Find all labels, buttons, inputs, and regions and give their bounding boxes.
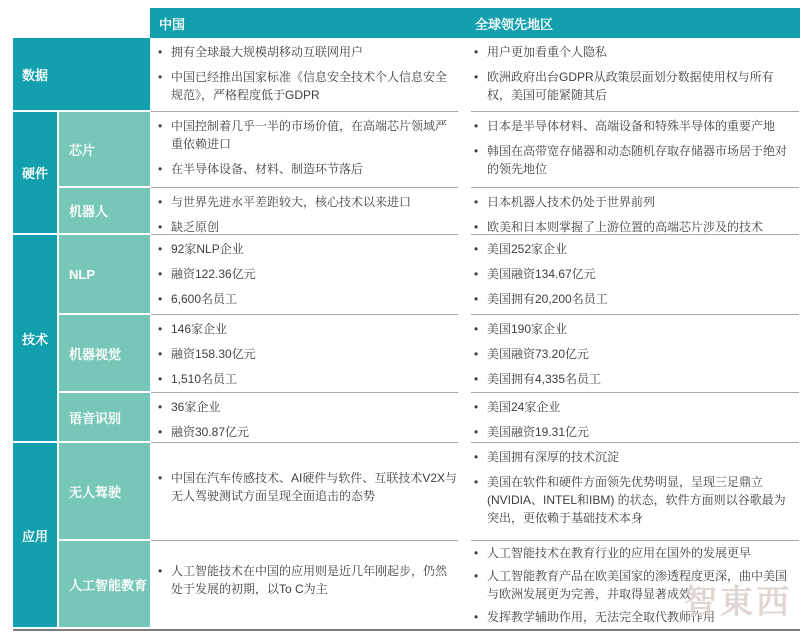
- list-item: •拥有全球最大规模胡移动互联网用户: [158, 43, 458, 61]
- column-header-global: 全球领先地区: [466, 8, 800, 38]
- list-item-text: 美国融资19.31亿元: [487, 423, 792, 441]
- bullet-icon: •: [474, 320, 487, 338]
- table-bottom-border: [13, 629, 800, 631]
- list-item: •美国在软件和硬件方面领先优势明显，呈现三足鼎立(NVIDIA、INTEL和IB…: [474, 473, 792, 527]
- list-item-text: 融资158.30亿元: [171, 345, 458, 363]
- content-cell-edu-global: •人工智能技术在教育行业的应用在国外的发展更早•人工智能教育产品在欧美国家的渗透…: [466, 541, 800, 629]
- list-item-text: 中国控制着几乎一半的市场价值，在高端芯片领域严重依赖进口: [171, 117, 458, 153]
- list-item: •韩国在高带宽存储器和动态随机存取存储器市场居于绝对的领先地位: [474, 142, 792, 178]
- subcategory-label-nlp: NLP: [69, 267, 95, 282]
- bullet-icon: •: [474, 117, 487, 135]
- comparison-table: 中国 全球领先地区 数据 硬件 技术 应用 芯片 机器人 NLP 机器视觉: [13, 8, 800, 629]
- list-item: •人工智能技术在中国的应用则是近几年刚起步，仍然处于发展的初期，以To C为主: [158, 562, 458, 598]
- category-cell-hardware: 硬件: [13, 112, 57, 235]
- list-item-text: 用户更加看重个人隐私: [487, 43, 792, 61]
- list-item-text: 缺乏原创: [171, 218, 458, 236]
- category-label-tech: 技术: [22, 329, 48, 348]
- bullet-icon: •: [158, 193, 171, 211]
- list-item: •美国融资19.31亿元: [474, 423, 792, 441]
- bullet-icon: •: [158, 345, 171, 363]
- bullet-icon: •: [158, 320, 171, 338]
- list-item-text: 发挥教学辅助作用，无法完全取代教师作用: [487, 608, 792, 626]
- bullet-icon: •: [474, 142, 487, 178]
- subcategory-label-speech: 语音识别: [69, 408, 121, 427]
- bullet-icon: •: [474, 370, 487, 388]
- content-cell-driving-global: •美国拥有深厚的技术沉淀•美国在软件和硬件方面领先优势明显，呈现三足鼎立(NVI…: [466, 443, 800, 541]
- subcategory-label-vision: 机器视觉: [69, 344, 121, 363]
- list-item: •人工智能教育产品在欧美国家的渗透程度更深，曲中美国与欧洲发展更为完善，并取得显…: [474, 567, 792, 603]
- bullet-icon: •: [474, 608, 487, 626]
- bullet-icon: •: [474, 345, 487, 363]
- bullet-icon: •: [158, 117, 171, 153]
- category-cell-data: 数据: [13, 38, 150, 112]
- list-item: •在半导体设备、材料、制造环节落后: [158, 160, 458, 178]
- bullet-icon: •: [158, 240, 171, 258]
- category-label-app: 应用: [22, 526, 48, 545]
- bullet-icon: •: [158, 469, 171, 505]
- list-item-text: 1,510名员工: [171, 370, 458, 388]
- list-item: •中国已经推出国家标准《信息安全技术个人信息安全规范》，严格程度低于GDPR: [158, 68, 458, 104]
- list-item: •美国融资134.67亿元: [474, 265, 792, 283]
- bullet-icon: •: [158, 290, 171, 308]
- list-item-text: 韩国在高带宽存储器和动态随机存取存储器市场居于绝对的领先地位: [487, 142, 792, 178]
- bullet-icon: •: [474, 218, 487, 236]
- content-cell-speech-global: •美国24家企业•美国融资19.31亿元: [466, 393, 800, 443]
- content-cell-chip-global: •日本是半导体材料、高端设备和特殊半导体的重要产地•韩国在高带宽存储器和动态随机…: [466, 112, 800, 188]
- bullet-icon: •: [474, 240, 487, 258]
- content-cell-vision-china: •146家企业•融资158.30亿元•1,510名员工: [150, 315, 466, 393]
- list-item-text: 美国190家企业: [487, 320, 792, 338]
- list-item: •融资158.30亿元: [158, 345, 458, 363]
- content-cell-data-global: •用户更加看重个人隐私•欧洲政府出台GDPR从政策层面划分数据使用权与所有权，美…: [466, 38, 800, 112]
- list-item: •美国24家企业: [474, 398, 792, 416]
- subcategory-cell-edu: 人工智能教育: [57, 541, 150, 629]
- bullet-icon: •: [474, 423, 487, 441]
- subcategory-label-edu: 人工智能教育: [69, 575, 147, 594]
- subcategory-cell-nlp: NLP: [57, 235, 150, 315]
- list-item-text: 人工智能技术在教育行业的应用在国外的发展更早: [487, 544, 792, 562]
- column-header-china: 中国: [150, 8, 466, 38]
- list-item: •中国在汽车传感技术、AI硬件与软件、互联技术V2X与无人驾驶测试方面呈现全面追…: [158, 469, 458, 505]
- category-label-hardware: 硬件: [22, 163, 48, 182]
- bullet-icon: •: [474, 544, 487, 562]
- list-item-text: 在半导体设备、材料、制造环节落后: [171, 160, 458, 178]
- list-item-text: 36家企业: [171, 398, 458, 416]
- bullet-icon: •: [158, 562, 171, 598]
- bullet-icon: •: [474, 398, 487, 416]
- list-item: •6,600名员工: [158, 290, 458, 308]
- bullet-icon: •: [158, 43, 171, 61]
- list-item-text: 日本机器人技术仍处于世界前列: [487, 193, 792, 211]
- subcategory-label-chip: 芯片: [69, 140, 95, 159]
- list-item-text: 融资122.36亿元: [171, 265, 458, 283]
- list-item: •欧洲政府出台GDPR从政策层面划分数据使用权与所有权，美国可能紧随其后: [474, 68, 792, 104]
- bullet-icon: •: [158, 265, 171, 283]
- subcategory-label-driving: 无人驾驶: [69, 482, 121, 501]
- list-item-text: 与世界先进水平差距较大，核心技术以来进口: [171, 193, 458, 211]
- list-item-text: 美国24家企业: [487, 398, 792, 416]
- list-item: •与世界先进水平差距较大，核心技术以来进口: [158, 193, 458, 211]
- bullet-icon: •: [474, 193, 487, 211]
- content-cell-nlp-china: •92家NLP企业•融资122.36亿元•6,600名员工: [150, 235, 466, 315]
- list-item: •36家企业: [158, 398, 458, 416]
- content-cell-data-china: •拥有全球最大规模胡移动互联网用户•中国已经推出国家标准《信息安全技术个人信息安…: [150, 38, 466, 112]
- list-item: •美国190家企业: [474, 320, 792, 338]
- list-item-text: 拥有全球最大规模胡移动互联网用户: [171, 43, 458, 61]
- bullet-icon: •: [158, 160, 171, 178]
- list-item-text: 6,600名员工: [171, 290, 458, 308]
- bullet-icon: •: [474, 43, 487, 61]
- content-cell-chip-china: •中国控制着几乎一半的市场价值，在高端芯片领域严重依赖进口•在半导体设备、材料、…: [150, 112, 466, 188]
- list-item-text: 美国融资134.67亿元: [487, 265, 792, 283]
- subcategory-cell-driving: 无人驾驶: [57, 443, 150, 541]
- list-item: •美国拥有20,200名员工: [474, 290, 792, 308]
- bullet-icon: •: [474, 473, 487, 527]
- bullet-icon: •: [474, 290, 487, 308]
- content-cell-speech-china: •36家企业•融资30.87亿元: [150, 393, 466, 443]
- subcategory-cell-speech: 语音识别: [57, 393, 150, 443]
- bullet-icon: •: [474, 265, 487, 283]
- list-item-text: 中国在汽车传感技术、AI硬件与软件、互联技术V2X与无人驾驶测试方面呈现全面追击…: [171, 469, 458, 505]
- content-cell-edu-china: •人工智能技术在中国的应用则是近几年刚起步，仍然处于发展的初期，以To C为主: [150, 541, 466, 629]
- category-label-data: 数据: [22, 65, 48, 84]
- list-item-text: 美国252家企业: [487, 240, 792, 258]
- subcategory-label-robot: 机器人: [69, 201, 108, 220]
- subcategory-cell-robot: 机器人: [57, 188, 150, 235]
- column-header-china-label: 中国: [159, 14, 185, 33]
- list-item: •中国控制着几乎一半的市场价值，在高端芯片领域严重依赖进口: [158, 117, 458, 153]
- list-item-text: 美国在软件和硬件方面领先优势明显，呈现三足鼎立(NVIDIA、INTEL和IBM…: [487, 473, 792, 527]
- list-item: •用户更加看重个人隐私: [474, 43, 792, 61]
- list-item: •缺乏原创: [158, 218, 458, 236]
- column-header-global-label: 全球领先地区: [475, 14, 553, 33]
- list-item: •美国拥有4,335名员工: [474, 370, 792, 388]
- list-item: •融资30.87亿元: [158, 423, 458, 441]
- list-item: •美国融资73.20亿元: [474, 345, 792, 363]
- list-item: •美国拥有深厚的技术沉淀: [474, 448, 792, 466]
- list-item-text: 融资30.87亿元: [171, 423, 458, 441]
- bullet-icon: •: [158, 423, 171, 441]
- list-item-text: 美国拥有4,335名员工: [487, 370, 792, 388]
- content-cell-robot-china: •与世界先进水平差距较大，核心技术以来进口•缺乏原创: [150, 188, 466, 235]
- bullet-icon: •: [158, 398, 171, 416]
- list-item: •146家企业: [158, 320, 458, 338]
- list-item-text: 92家NLP企业: [171, 240, 458, 258]
- list-item-text: 中国已经推出国家标准《信息安全技术个人信息安全规范》，严格程度低于GDPR: [171, 68, 458, 104]
- list-item: •1,510名员工: [158, 370, 458, 388]
- list-item: •融资122.36亿元: [158, 265, 458, 283]
- content-cell-driving-china: •中国在汽车传感技术、AI硬件与软件、互联技术V2X与无人驾驶测试方面呈现全面追…: [150, 443, 466, 541]
- list-item: •日本机器人技术仍处于世界前列: [474, 193, 792, 211]
- list-item: •人工智能技术在教育行业的应用在国外的发展更早: [474, 544, 792, 562]
- list-item-text: 人工智能技术在中国的应用则是近几年刚起步，仍然处于发展的初期，以To C为主: [171, 562, 458, 598]
- content-cell-nlp-global: •美国252家企业•美国融资134.67亿元•美国拥有20,200名员工: [466, 235, 800, 315]
- list-item-text: 人工智能教育产品在欧美国家的渗透程度更深，曲中美国与欧洲发展更为完善，并取得显著…: [487, 567, 792, 603]
- bullet-icon: •: [474, 567, 487, 603]
- list-item-text: 美国融资73.20亿元: [487, 345, 792, 363]
- list-item-text: 146家企业: [171, 320, 458, 338]
- bullet-icon: •: [158, 68, 171, 104]
- bullet-icon: •: [474, 448, 487, 466]
- list-item: •92家NLP企业: [158, 240, 458, 258]
- category-cell-app: 应用: [13, 443, 57, 629]
- list-item-text: 美国拥有20,200名员工: [487, 290, 792, 308]
- bullet-icon: •: [158, 370, 171, 388]
- list-item: •美国252家企业: [474, 240, 792, 258]
- list-item-text: 欧洲政府出台GDPR从政策层面划分数据使用权与所有权，美国可能紧随其后: [487, 68, 792, 104]
- subcategory-cell-vision: 机器视觉: [57, 315, 150, 393]
- list-item-text: 欧美和日本则掌握了上游位置的高端芯片涉及的技术: [487, 218, 792, 236]
- list-item: •日本是半导体材料、高端设备和特殊半导体的重要产地: [474, 117, 792, 135]
- list-item: •发挥教学辅助作用，无法完全取代教师作用: [474, 608, 792, 626]
- ai-comparison-page: 中国 全球领先地区 数据 硬件 技术 应用 芯片 机器人 NLP 机器视觉: [0, 0, 800, 635]
- category-cell-tech: 技术: [13, 235, 57, 443]
- subcategory-cell-chip: 芯片: [57, 112, 150, 188]
- content-cell-vision-global: •美国190家企业•美国融资73.20亿元•美国拥有4,335名员工: [466, 315, 800, 393]
- list-item-text: 日本是半导体材料、高端设备和特殊半导体的重要产地: [487, 117, 792, 135]
- content-cell-robot-global: •日本机器人技术仍处于世界前列•欧美和日本则掌握了上游位置的高端芯片涉及的技术: [466, 188, 800, 235]
- list-item-text: 美国拥有深厚的技术沉淀: [487, 448, 792, 466]
- bullet-icon: •: [158, 218, 171, 236]
- list-item: •欧美和日本则掌握了上游位置的高端芯片涉及的技术: [474, 218, 792, 236]
- bullet-icon: •: [474, 68, 487, 104]
